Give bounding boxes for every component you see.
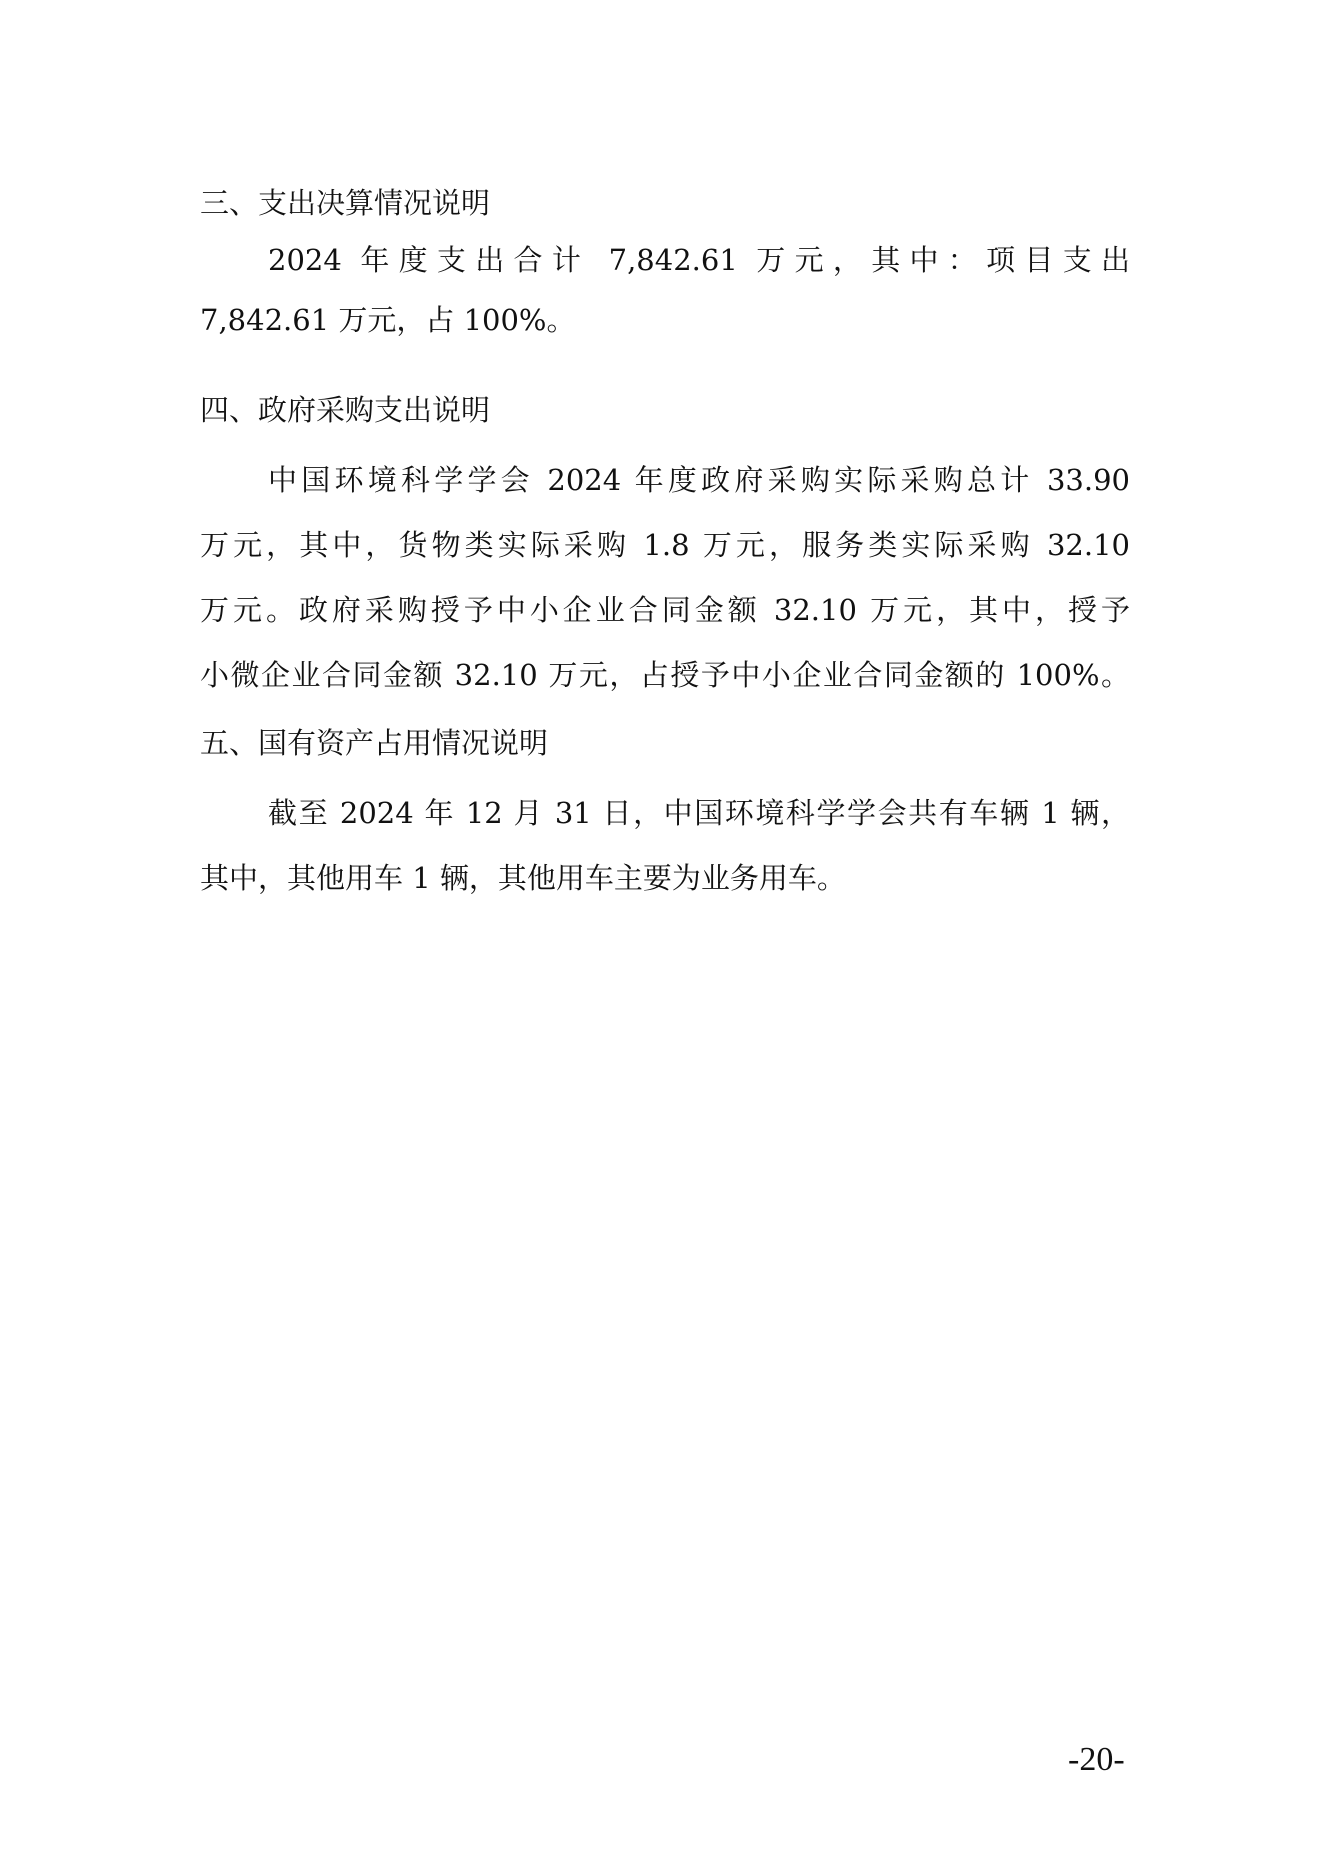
paragraph-line: 截至 2024 年 12 月 31 日，中国环境科学学会共有车辆 1 辆， [268,793,1130,833]
section-heading-assets: 五、国有资产占用情况说明 [200,723,548,763]
section-heading-expenditure: 三、支出决算情况说明 [200,183,490,223]
page-number: -20- [1068,1740,1125,1780]
paragraph-line: 万元，其中，货物类实际采购 1.8 万元，服务类实际采购 32.10 [200,525,1130,565]
paragraph-line: 2024 年度支出合计 7,842.61 万元，其中：项目支出 [268,240,1130,280]
paragraph-line: 其中，其他用车 1 辆，其他用车主要为业务用车。 [200,858,846,898]
section-heading-procurement: 四、政府采购支出说明 [200,390,490,430]
paragraph-line: 中国环境科学学会 2024 年度政府采购实际采购总计 33.90 [268,460,1130,500]
paragraph-line: 7,842.61 万元，占 100%。 [200,300,576,340]
paragraph-line: 万元。政府采购授予中小企业合同金额 32.10 万元，其中，授予 [200,590,1130,630]
paragraph-line: 小微企业合同金额 32.10 万元，占授予中小企业合同金额的 100%。 [200,655,1130,695]
